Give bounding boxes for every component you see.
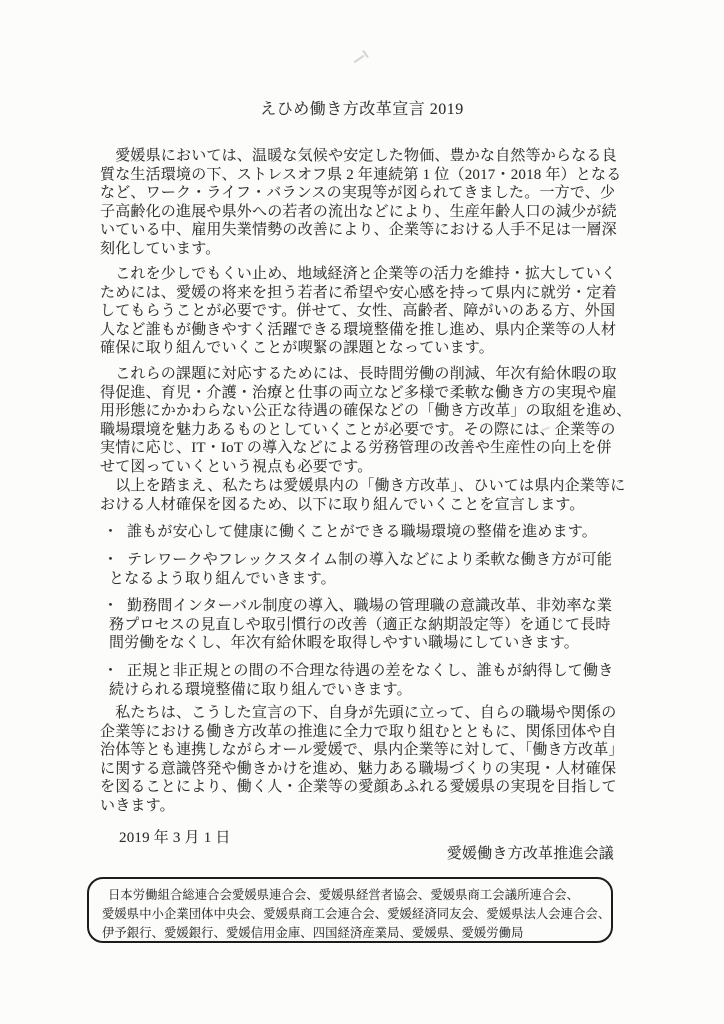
members-list: 日本労働組合総連合会愛媛県連合会、愛媛県経営者協会、愛媛県商工会議所連合会、愛媛… [102,886,603,942]
bullet-item-1: ・ 誰もが安心して健康に働くことができる職場環境の整備を進めます。 [100,523,622,542]
paragraph-2: これを少しでもくい止め、地域経済と企業等の活力を維持・拡大していくためには、愛媛… [100,265,622,358]
text-line: を図ることにより、働く人・企業等の愛顔あふれる愛媛県の実現を目指して [100,778,622,797]
text-line: 間労働をなくし、年次有給休暇を取得しやすい職場にしていきます。 [109,634,622,653]
text-line: 確保に取り組んでいくことが喫緊の課題となっています。 [100,339,622,358]
document-title: えひめ働き方改革宣言 2019 [0,96,724,119]
bullet-item-3: ・ 勤務間インターバル制度の導入、職場の管理職の意識改革、非効率な業務プロセスの… [100,597,622,653]
bullet-text: 誰もが安心して健康に働くことができる職場環境の整備を進めます。 [100,523,622,542]
text-line: 得促進、育児・介護・治療と仕事の両立など多様で柔軟な働き方の実現や雇 [100,384,622,403]
bullet-item-2: ・ テレワークやフレックスタイム制の導入などにより柔軟な働き方が可能となるよう取… [100,551,622,588]
paragraph-4: 以上を踏まえ、私たちは愛媛県内の「働き方改革」、ひいては県内企業等における人材確… [100,477,622,514]
text-line: となるよう取り組んでいきます。 [109,570,622,589]
bullet-item-4: ・ 正規と非正規との間の不合理な待遇の差をなくし、誰もが納得して働き続けられる環… [100,662,622,699]
text-line: 正規と非正規との間の不合理な待遇の差をなくし、誰もが納得して働き [127,662,622,681]
bullet-marker: ・ [103,662,118,681]
text-line: 伊予銀行、愛媛銀行、愛媛信用金庫、四国経済産業局、愛媛県、愛媛労働局 [102,924,603,943]
text-line: せて図っていくという視点も必要です。 [100,458,622,477]
text-line: これを少しでもくい止め、地域経済と企業等の活力を維持・拡大していく [100,265,622,284]
signature: 愛媛働き方改革推進会議 [100,845,618,864]
text-line: 人など誰もが働きやすく活躍できる環境整備を推し進め、県内企業等の人材 [100,321,622,340]
text-line: 質な生活環境の下、ストレスオフ県 2 年連続第 1 位（2017・2018 年）… [100,166,622,185]
text-line: 続けられる環境整備に取り組んでいきます。 [109,681,622,700]
text-line: 刻化しています。 [100,240,622,259]
text-line: など、ワーク・ライフ・バランスの実現等が図られてきました。一方で、少 [100,184,622,203]
bullet-marker: ・ [103,523,118,542]
text-line: 用形態にかかわらない公正な待遇の確保などの「働き方改革」の取組を進め、 [100,402,622,421]
bullet-marker: ・ [103,551,118,570]
text-line: してもらうことが必要です。併せて、女性、高齢者、障がいのある方、外国 [100,302,622,321]
text-line: 以上を踏まえ、私たちは愛媛県内の「働き方改革」、ひいては県内企業等に [100,477,622,496]
text-line: 子高齢化の進展や県外への若者の流出などにより、生産年齢人口の減少が続 [100,203,622,222]
text-line: 治体等とも連携しながらオール愛媛で、県内企業等に対して、「働き方改革」 [100,741,622,760]
text-line: いている中、雇用失業情勢の改善により、企業等における人手不足は一層深 [100,221,622,240]
text-line: 勤務間インターバル制度の導入、職場の管理職の意識改革、非効率な業 [127,597,622,616]
members-box: 日本労働組合総連合会愛媛県連合会、愛媛県経営者協会、愛媛県商工会議所連合会、愛媛… [87,877,613,943]
text-line: 企業等における働き方改革の推進に全力で取り組むとともに、関係団体や自 [100,723,622,742]
text-line: 務プロセスの見直しや取引慣行の改善（適正な納期設定等）を通じて長時 [109,616,622,635]
text-line: 愛媛県においては、温暖な気候や安定した物価、豊かな自然等からなる良 [100,147,622,166]
scanned-document-page: えひめ働き方改革宣言 2019 愛媛県においては、温暖な気候や安定した物価、豊か… [0,0,724,1024]
text-line: 日本労働組合総連合会愛媛県連合会、愛媛県経営者協会、愛媛県商工会議所連合会、 [108,886,603,905]
text-line: 私たちは、こうした宣言の下、自身が先頭に立って、自らの職場や関係の [100,704,622,723]
text-line: テレワークやフレックスタイム制の導入などにより柔軟な働き方が可能 [127,551,622,570]
bullet-text: テレワークやフレックスタイム制の導入などにより柔軟な働き方が可能となるよう取り組… [100,551,622,588]
text-line: 誰もが安心して健康に働くことができる職場環境の整備を進めます。 [127,523,622,542]
text-line: これらの課題に対応するためには、長時間労働の削減、年次有給休暇の取 [100,365,622,384]
paragraph-1: 愛媛県においては、温暖な気候や安定した物価、豊かな自然等からなる良質な生活環境の… [100,147,622,259]
text-line: 実情に応じ、IT・IoT の導入などによる労務管理の改善や生産性の向上を併 [100,439,622,458]
paragraph-3: これらの課題に対応するためには、長時間労働の削減、年次有給休暇の取得促進、育児・… [100,365,622,477]
text-line: に関する意識啓発や働きかけを進め、魅力ある職場づくりの実現・人材確保 [100,760,622,779]
text-line: 愛媛県中小企業団体中央会、愛媛県商工会連合会、愛媛経済同友会、愛媛県法人会連合会… [102,905,603,924]
closing-paragraph: 私たちは、こうした宣言の下、自身が先頭に立って、自らの職場や関係の企業等における… [100,704,622,816]
bullet-text: 勤務間インターバル制度の導入、職場の管理職の意識改革、非効率な業務プロセスの見直… [100,597,622,653]
bullet-marker: ・ [103,597,118,616]
bullet-text: 正規と非正規との間の不合理な待遇の差をなくし、誰もが納得して働き続けられる環境整… [100,662,622,699]
text-line: いきます。 [100,797,622,816]
scan-smudge [354,55,365,64]
text-line: おける人材確保を図るため、以下に取り組んでいくことを宣言します。 [100,496,622,515]
text-line: ためには、愛媛の将来を担う若者に希望や安心感を持って県内に就労・定着 [100,284,622,303]
